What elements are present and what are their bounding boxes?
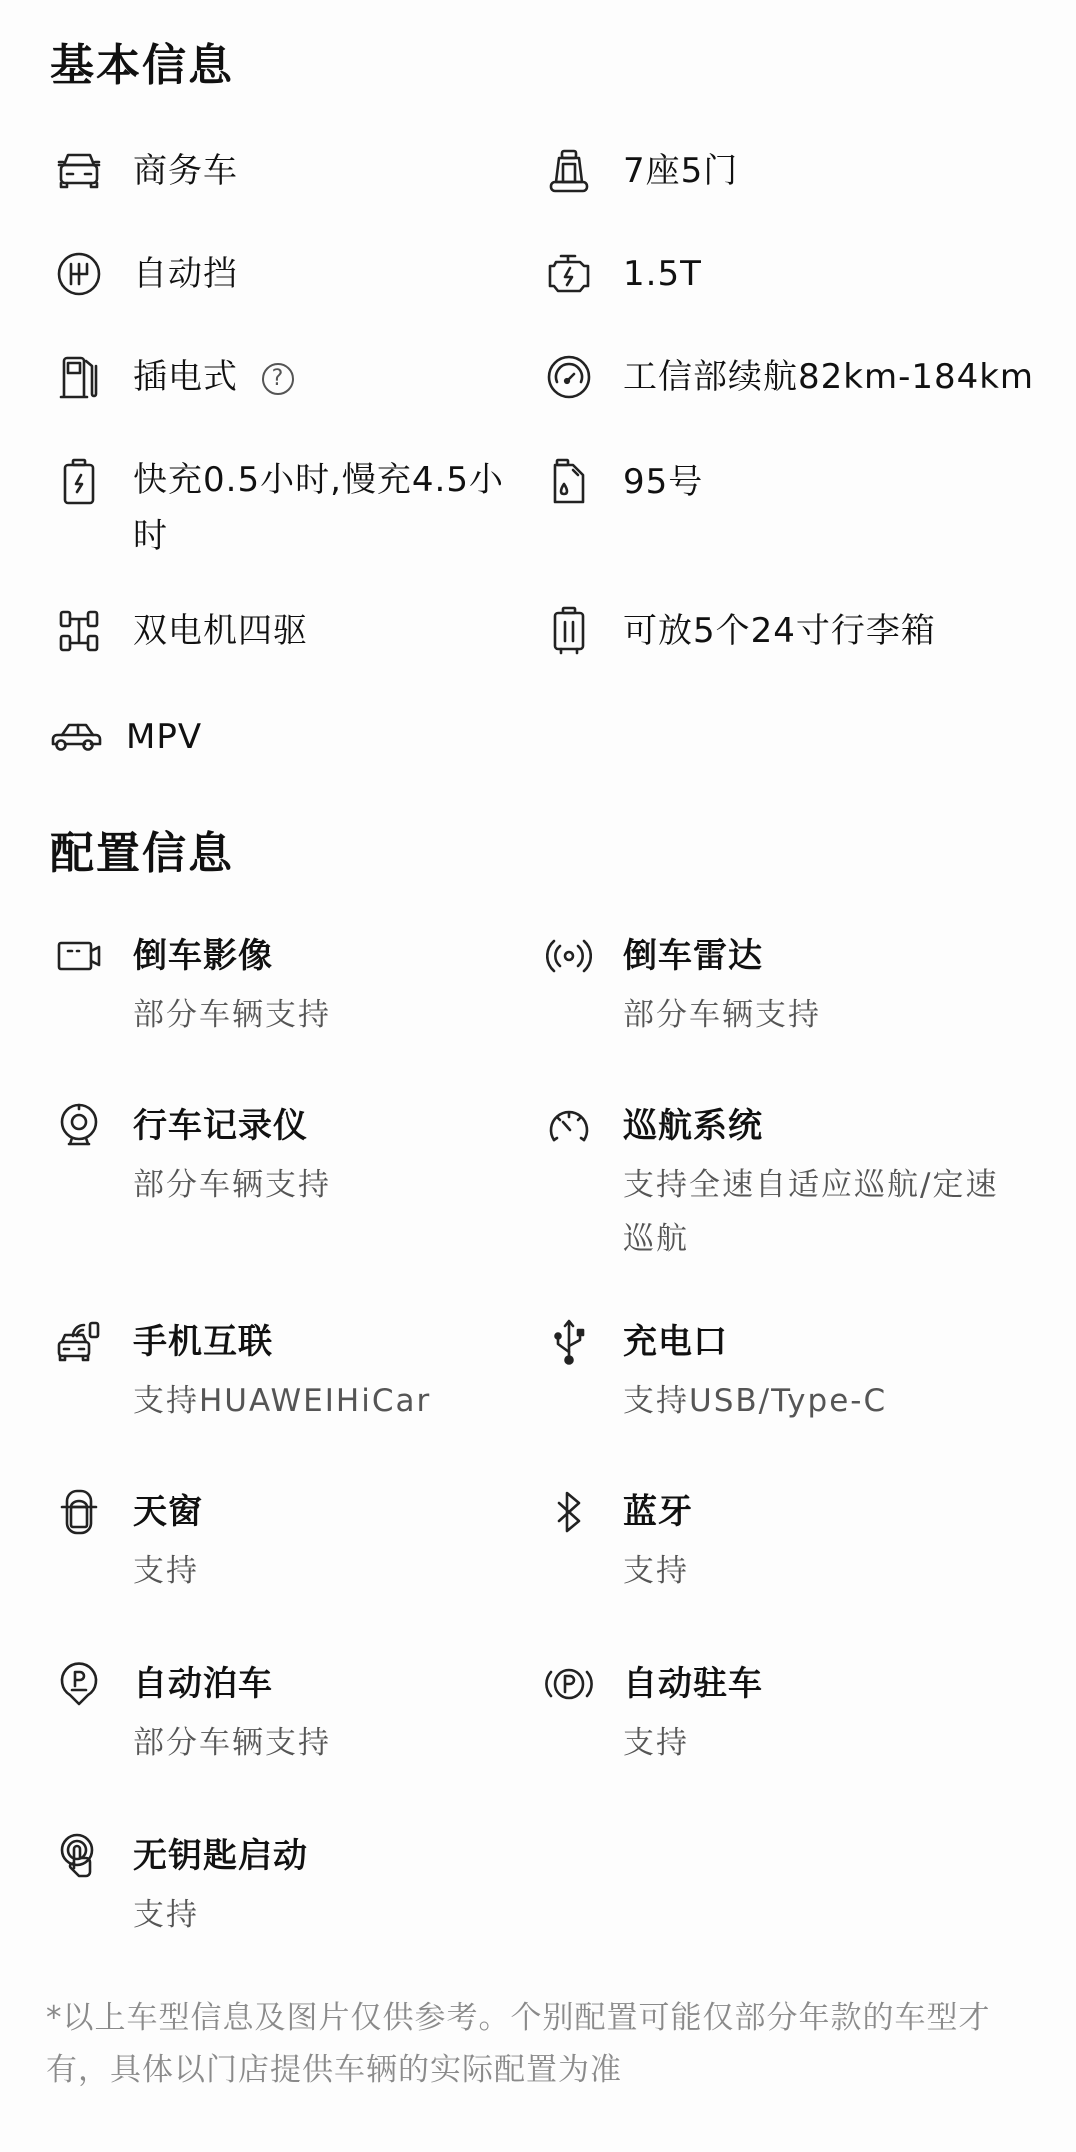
dashcam-icon (55, 1102, 103, 1150)
config-item-value: 支持 (133, 1544, 533, 1598)
seat-icon (545, 147, 593, 195)
config-item-rear-camera: 倒车影像 部分车辆支持 (55, 932, 533, 1042)
config-item-title: 手机互联 (133, 1318, 533, 1366)
config-item-title: 蓝牙 (623, 1488, 1023, 1536)
basic-item-transmission: 自动挡 (55, 250, 238, 304)
help-icon[interactable]: ? (262, 363, 294, 395)
usb-icon (545, 1318, 593, 1366)
car-front-icon (55, 147, 103, 195)
config-item-value: 部分车辆支持 (133, 1158, 533, 1212)
config-item-value: 支持全速自适应巡航/定速巡航 (623, 1158, 1023, 1266)
config-item-value: 部分车辆支持 (133, 1716, 533, 1770)
config-item-value: 部分车辆支持 (133, 988, 533, 1042)
config-item-parking-radar: 倒车雷达 部分车辆支持 (545, 932, 1023, 1042)
energy-type-label: 插电式 (133, 357, 238, 397)
config-item-value: 支持HUAWEIHiCar (133, 1374, 533, 1428)
keyless-start-icon (55, 1832, 103, 1880)
config-item-cruise: 巡航系统 支持全速自适应巡航/定速巡航 (545, 1102, 1023, 1266)
config-item-title: 倒车影像 (133, 932, 533, 980)
basic-item-vehicle-class: MPV (48, 713, 202, 767)
fuel-pump-icon (55, 353, 103, 401)
basic-item-text: 自动挡 (133, 244, 238, 304)
config-item-value: 支持 (623, 1544, 1023, 1598)
disclaimer-text: *以上车型信息及图片仅供参考。个别配置可能仅部分年款的车型才有，具体以门店提供车… (46, 1992, 1036, 2096)
parking-brake-icon (545, 1660, 593, 1708)
config-item-phone-connect: 手机互联 支持HUAWEIHiCar (55, 1318, 533, 1428)
config-item-value: 部分车辆支持 (623, 988, 1023, 1042)
basic-item-text: 95号 (623, 452, 703, 512)
basic-item-text: 工信部续航82km-184km (623, 347, 1034, 407)
gauge-icon (545, 353, 593, 401)
basic-item-text: 可放5个24寸行李箱 (623, 601, 936, 661)
basic-item-body-type: 商务车 (55, 147, 238, 201)
config-item-auto-hold: 自动驻车 支持 (545, 1660, 1023, 1770)
car-side-icon (48, 713, 104, 761)
config-item-auto-parking: 自动泊车 部分车辆支持 (55, 1660, 533, 1770)
config-item-value: 支持USB/Type-C (623, 1374, 1023, 1428)
speedometer-icon (545, 1102, 593, 1150)
camera-icon (55, 932, 103, 980)
car-phone-icon (55, 1318, 103, 1366)
basic-item-energy-type: 插电式? (55, 353, 294, 407)
config-item-title: 行车记录仪 (133, 1102, 533, 1150)
config-item-title: 天窗 (133, 1488, 533, 1536)
config-item-title: 无钥匙启动 (133, 1832, 533, 1880)
basic-info-title: 基本信息 (50, 38, 234, 94)
engine-icon (545, 250, 593, 298)
radar-icon (545, 932, 593, 980)
battery-icon (55, 458, 103, 506)
parking-pin-icon (55, 1660, 103, 1708)
config-item-charge-port: 充电口 支持USB/Type-C (545, 1318, 1023, 1428)
config-item-title: 巡航系统 (623, 1102, 1023, 1150)
luggage-icon (545, 607, 593, 655)
config-item-value: 支持 (623, 1716, 1023, 1770)
basic-item-luggage: 可放5个24寸行李箱 (545, 607, 936, 661)
config-item-sunroof: 天窗 支持 (55, 1488, 533, 1598)
drivetrain-icon (55, 607, 103, 655)
config-item-title: 自动驻车 (623, 1660, 1023, 1708)
basic-item-fuel-grade: 95号 (545, 458, 703, 512)
basic-item-drivetrain: 双电机四驱 (55, 607, 308, 661)
sunroof-icon (55, 1488, 103, 1536)
basic-item-text: 插电式? (133, 347, 294, 407)
basic-item-text: 7座5门 (623, 141, 738, 201)
config-item-value: 支持 (133, 1888, 533, 1942)
basic-item-text: 快充0.5小时,慢充4.5小时 (133, 452, 513, 564)
basic-item-range: 工信部续航82km-184km (545, 353, 1034, 407)
config-item-dashcam: 行车记录仪 部分车辆支持 (55, 1102, 533, 1212)
basic-item-text: 双电机四驱 (133, 601, 308, 661)
config-info-title: 配置信息 (50, 826, 234, 882)
basic-item-text: MPV (126, 707, 202, 767)
oil-can-icon (545, 458, 593, 506)
basic-item-seats: 7座5门 (545, 147, 738, 201)
basic-item-engine: 1.5T (545, 250, 702, 304)
config-item-title: 充电口 (623, 1318, 1023, 1366)
config-item-title: 倒车雷达 (623, 932, 1023, 980)
basic-item-text: 商务车 (133, 141, 238, 201)
basic-item-text: 1.5T (623, 244, 702, 304)
config-item-bluetooth: 蓝牙 支持 (545, 1488, 1023, 1598)
config-item-keyless-start: 无钥匙启动 支持 (55, 1832, 533, 1942)
config-item-title: 自动泊车 (133, 1660, 533, 1708)
gear-shift-icon (55, 250, 103, 298)
basic-item-charging-time: 快充0.5小时,慢充4.5小时 (55, 458, 513, 564)
bluetooth-icon (545, 1488, 593, 1536)
